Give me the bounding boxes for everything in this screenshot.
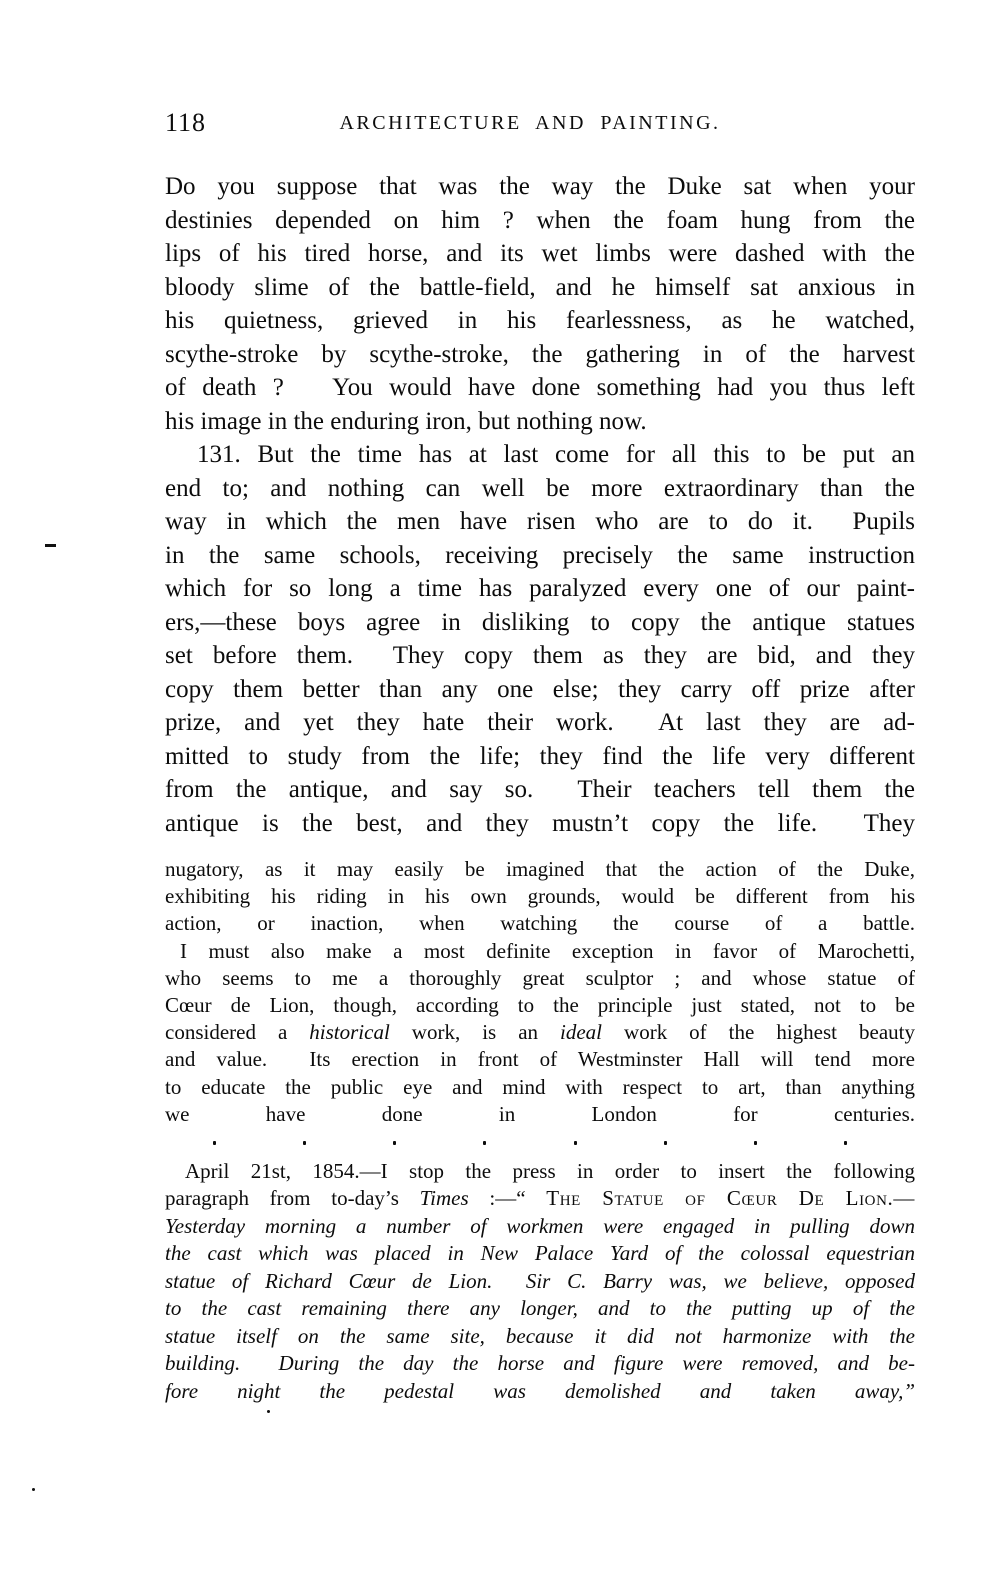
footnote-marochetti: I must also make a most definite excepti… xyxy=(165,938,915,1128)
footnote-text-segment: work of the highest beauty xyxy=(602,1020,915,1044)
footnote-line: paragraph from to-day’s Times :—“ The St… xyxy=(165,1185,915,1213)
paragraph-duke: Do you suppose that was the way the Duke… xyxy=(165,170,915,438)
section-separator-dots xyxy=(165,1128,915,1158)
separator-dot xyxy=(213,1141,216,1145)
footnote-postscript: April 21st, 1854.—I stop the press in or… xyxy=(165,1158,915,1406)
footnote-line: and value. Its erection in front of West… xyxy=(165,1046,915,1073)
footnote-line: action, or inaction, when watching the c… xyxy=(165,910,915,937)
text-line: from the antique, and say so. Their teac… xyxy=(165,773,915,807)
text-line: destinies depended on him ? when the foa… xyxy=(165,204,915,238)
footnote-line: we have done in London for centuries. xyxy=(165,1101,915,1128)
footnote-italic-segment: ideal xyxy=(560,1020,602,1044)
scan-artifact-speck xyxy=(32,1488,35,1491)
footnote-line: Yesterday morning a number of workmen we… xyxy=(165,1213,915,1241)
separator-dot xyxy=(303,1141,306,1145)
text-line: prize, and yet they hate their work. At … xyxy=(165,706,915,740)
text-line: ers,—these boys agree in disliking to co… xyxy=(165,606,915,640)
paragraph-131: 131. But the time has at last come for a… xyxy=(165,438,915,840)
footnote-line: Cœur de Lion, though, according to the p… xyxy=(165,992,915,1019)
scan-artifact-dash xyxy=(45,544,56,547)
footnote-text-segment: :—“ xyxy=(469,1186,547,1210)
scan-artifact-speck xyxy=(267,1410,270,1413)
text-line: end to; and nothing can well be more ext… xyxy=(165,472,915,506)
separator-dot xyxy=(574,1141,577,1145)
main-text: Do you suppose that was the way the Duke… xyxy=(165,170,915,840)
text-line: mitted to study from the life; they find… xyxy=(165,740,915,774)
text-line: antique is the best, and they mustn’t co… xyxy=(165,807,915,841)
footnote-line: fore night the pedestal was demolished a… xyxy=(165,1378,915,1406)
page-header: 118 ARCHITECTURE AND PAINTING. xyxy=(165,108,915,138)
separator-dot xyxy=(664,1141,667,1145)
text-line: lips of his tired horse, and its wet lim… xyxy=(165,237,915,271)
statue-headline-smallcaps: The Statue of Cœur De Lion.— xyxy=(546,1186,915,1210)
separator-dot xyxy=(393,1141,396,1145)
book-page: 118 ARCHITECTURE AND PAINTING. Do you su… xyxy=(0,0,1000,1580)
footnote-section: nugatory, as it may easily be imagined t… xyxy=(165,856,915,1405)
footnote-line: building. During the day the horse and f… xyxy=(165,1350,915,1378)
text-line: his image in the enduring iron, but noth… xyxy=(165,405,915,439)
footnote-text-segment: considered a xyxy=(165,1020,309,1044)
footnote-continuation: nugatory, as it may easily be imagined t… xyxy=(165,856,915,938)
times-title-italic: Times xyxy=(420,1186,469,1210)
footnote-line: exhibiting his riding in his own grounds… xyxy=(165,883,915,910)
running-title: ARCHITECTURE AND PAINTING. xyxy=(165,112,895,135)
text-line: of death ? You would have done something… xyxy=(165,371,915,405)
text-line: which for so long a time has paralyzed e… xyxy=(165,572,915,606)
footnote-line: the cast which was placed in New Palace … xyxy=(165,1240,915,1268)
footnote-line: who seems to me a thoroughly great sculp… xyxy=(165,965,915,992)
footnote-line: nugatory, as it may easily be imagined t… xyxy=(165,856,915,883)
footnote-text-segment: work, is an xyxy=(390,1020,560,1044)
footnote-line: statue of Richard Cœur de Lion. Sir C. B… xyxy=(165,1268,915,1296)
text-line: Do you suppose that was the way the Duke… xyxy=(165,170,915,204)
text-line: 131. But the time has at last come for a… xyxy=(165,438,915,472)
text-line: scythe-stroke by scythe-stroke, the gath… xyxy=(165,338,915,372)
footnote-line: I must also make a most definite excepti… xyxy=(165,938,915,965)
footnote-line: considered a historical work, is an idea… xyxy=(165,1019,915,1046)
separator-dot xyxy=(844,1141,847,1145)
text-line: bloody slime of the battle-field, and he… xyxy=(165,271,915,305)
footnote-line: statue itself on the same site, because … xyxy=(165,1323,915,1351)
text-line: in the same schools, receiving precisely… xyxy=(165,539,915,573)
footnote-line: April 21st, 1854.—I stop the press in or… xyxy=(165,1158,915,1186)
footnote-italic-segment: historical xyxy=(309,1020,390,1044)
separator-dot xyxy=(483,1141,486,1145)
footnote-line: to the cast remaining there any longer, … xyxy=(165,1295,915,1323)
footnote-text-segment: paragraph from to-day’s xyxy=(165,1186,420,1210)
footnote-line: to educate the public eye and mind with … xyxy=(165,1074,915,1101)
text-line: his quietness, grieved in his fearlessne… xyxy=(165,304,915,338)
separator-dot xyxy=(754,1141,757,1145)
text-line: copy them better than any one else; they… xyxy=(165,673,915,707)
text-line: way in which the men have risen who are … xyxy=(165,505,915,539)
text-line: set before them. They copy them as they … xyxy=(165,639,915,673)
